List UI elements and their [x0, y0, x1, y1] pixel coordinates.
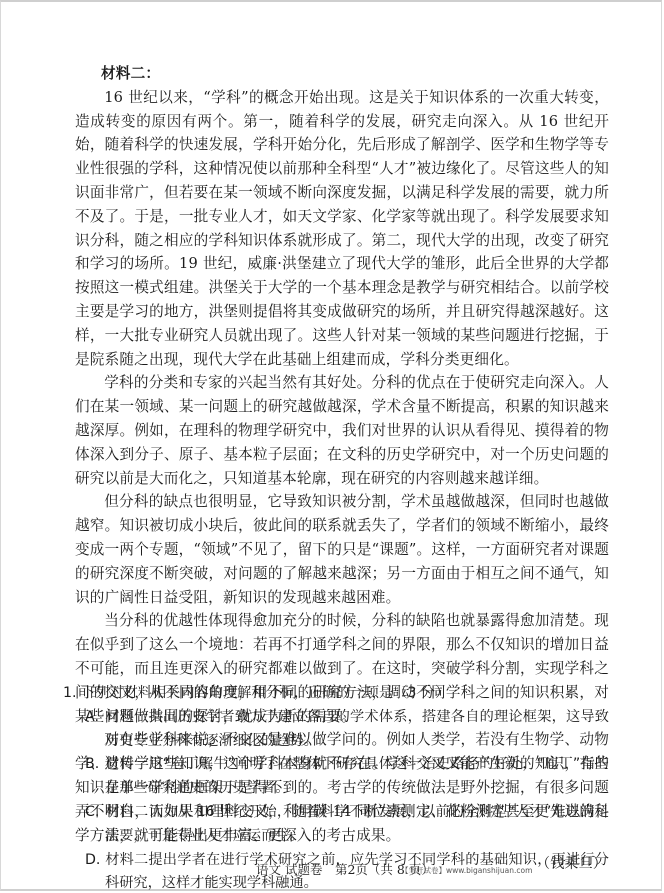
option-a: A.材料一指出历史学者致力于建立各自的学术体系，搭建各自的理论框架，这导致历史专… [63, 706, 609, 754]
option-letter: A. [85, 706, 105, 730]
question-number: 1. [63, 682, 81, 706]
option-text: 材料二认为从 16 世纪开始，随着科学不断发展，以前的全科型“人才”难以满足需要… [105, 804, 609, 844]
material-paragraph: 16 世纪以来，“学科”的概念开始出现。这是关于知识体系的一次重大转变，造成转变… [75, 86, 609, 372]
option-b: B.材料一用“庖丁解牛”阐明了在整体下研究具体这一治史路径的好处，“庖丁”指的是… [63, 753, 609, 801]
option-letter: C. [85, 801, 105, 825]
question-stem: 1.下列对材料相关内容的理解和分析，正确的一项是（3 分） [63, 682, 609, 706]
material-paragraph: 但分科的缺点也很明显，它导致知识被分割，学术虽越做越深，但同时也越做越窄。知识被… [75, 490, 609, 609]
option-text: 材料一指出历史学者致力于建立各自的学术体系，搭建各自的理论框架，这导致历史专业分… [105, 709, 609, 749]
question-stem-text: 下列对材料相关内容的理解和分析，正确的一项是（3 分） [81, 685, 449, 701]
option-letter: D. [85, 849, 105, 873]
material-paragraph: 学科的分类和专家的兴起当然有其好处。分科的优点在于使研究走向深入。人们在某一领域… [75, 371, 609, 490]
option-letter: B. [85, 753, 105, 777]
material-heading: 材料二： [75, 62, 609, 86]
option-c: C.材料二认为从 16 世纪开始，随着科学不断发展，以前的全科型“人才”难以满足… [63, 801, 609, 849]
option-text: 材料一用“庖丁解牛”阐明了在整体下研究具体这一治史路径的好处，“庖丁”指的是那些… [105, 756, 609, 796]
exam-page: 材料二： 16 世纪以来，“学科”的概念开始出现。这是关于知识体系的一次重大转变… [0, 0, 662, 891]
watermark-text: 【笔杆试卷】www.biganshijuan.com [401, 865, 532, 876]
